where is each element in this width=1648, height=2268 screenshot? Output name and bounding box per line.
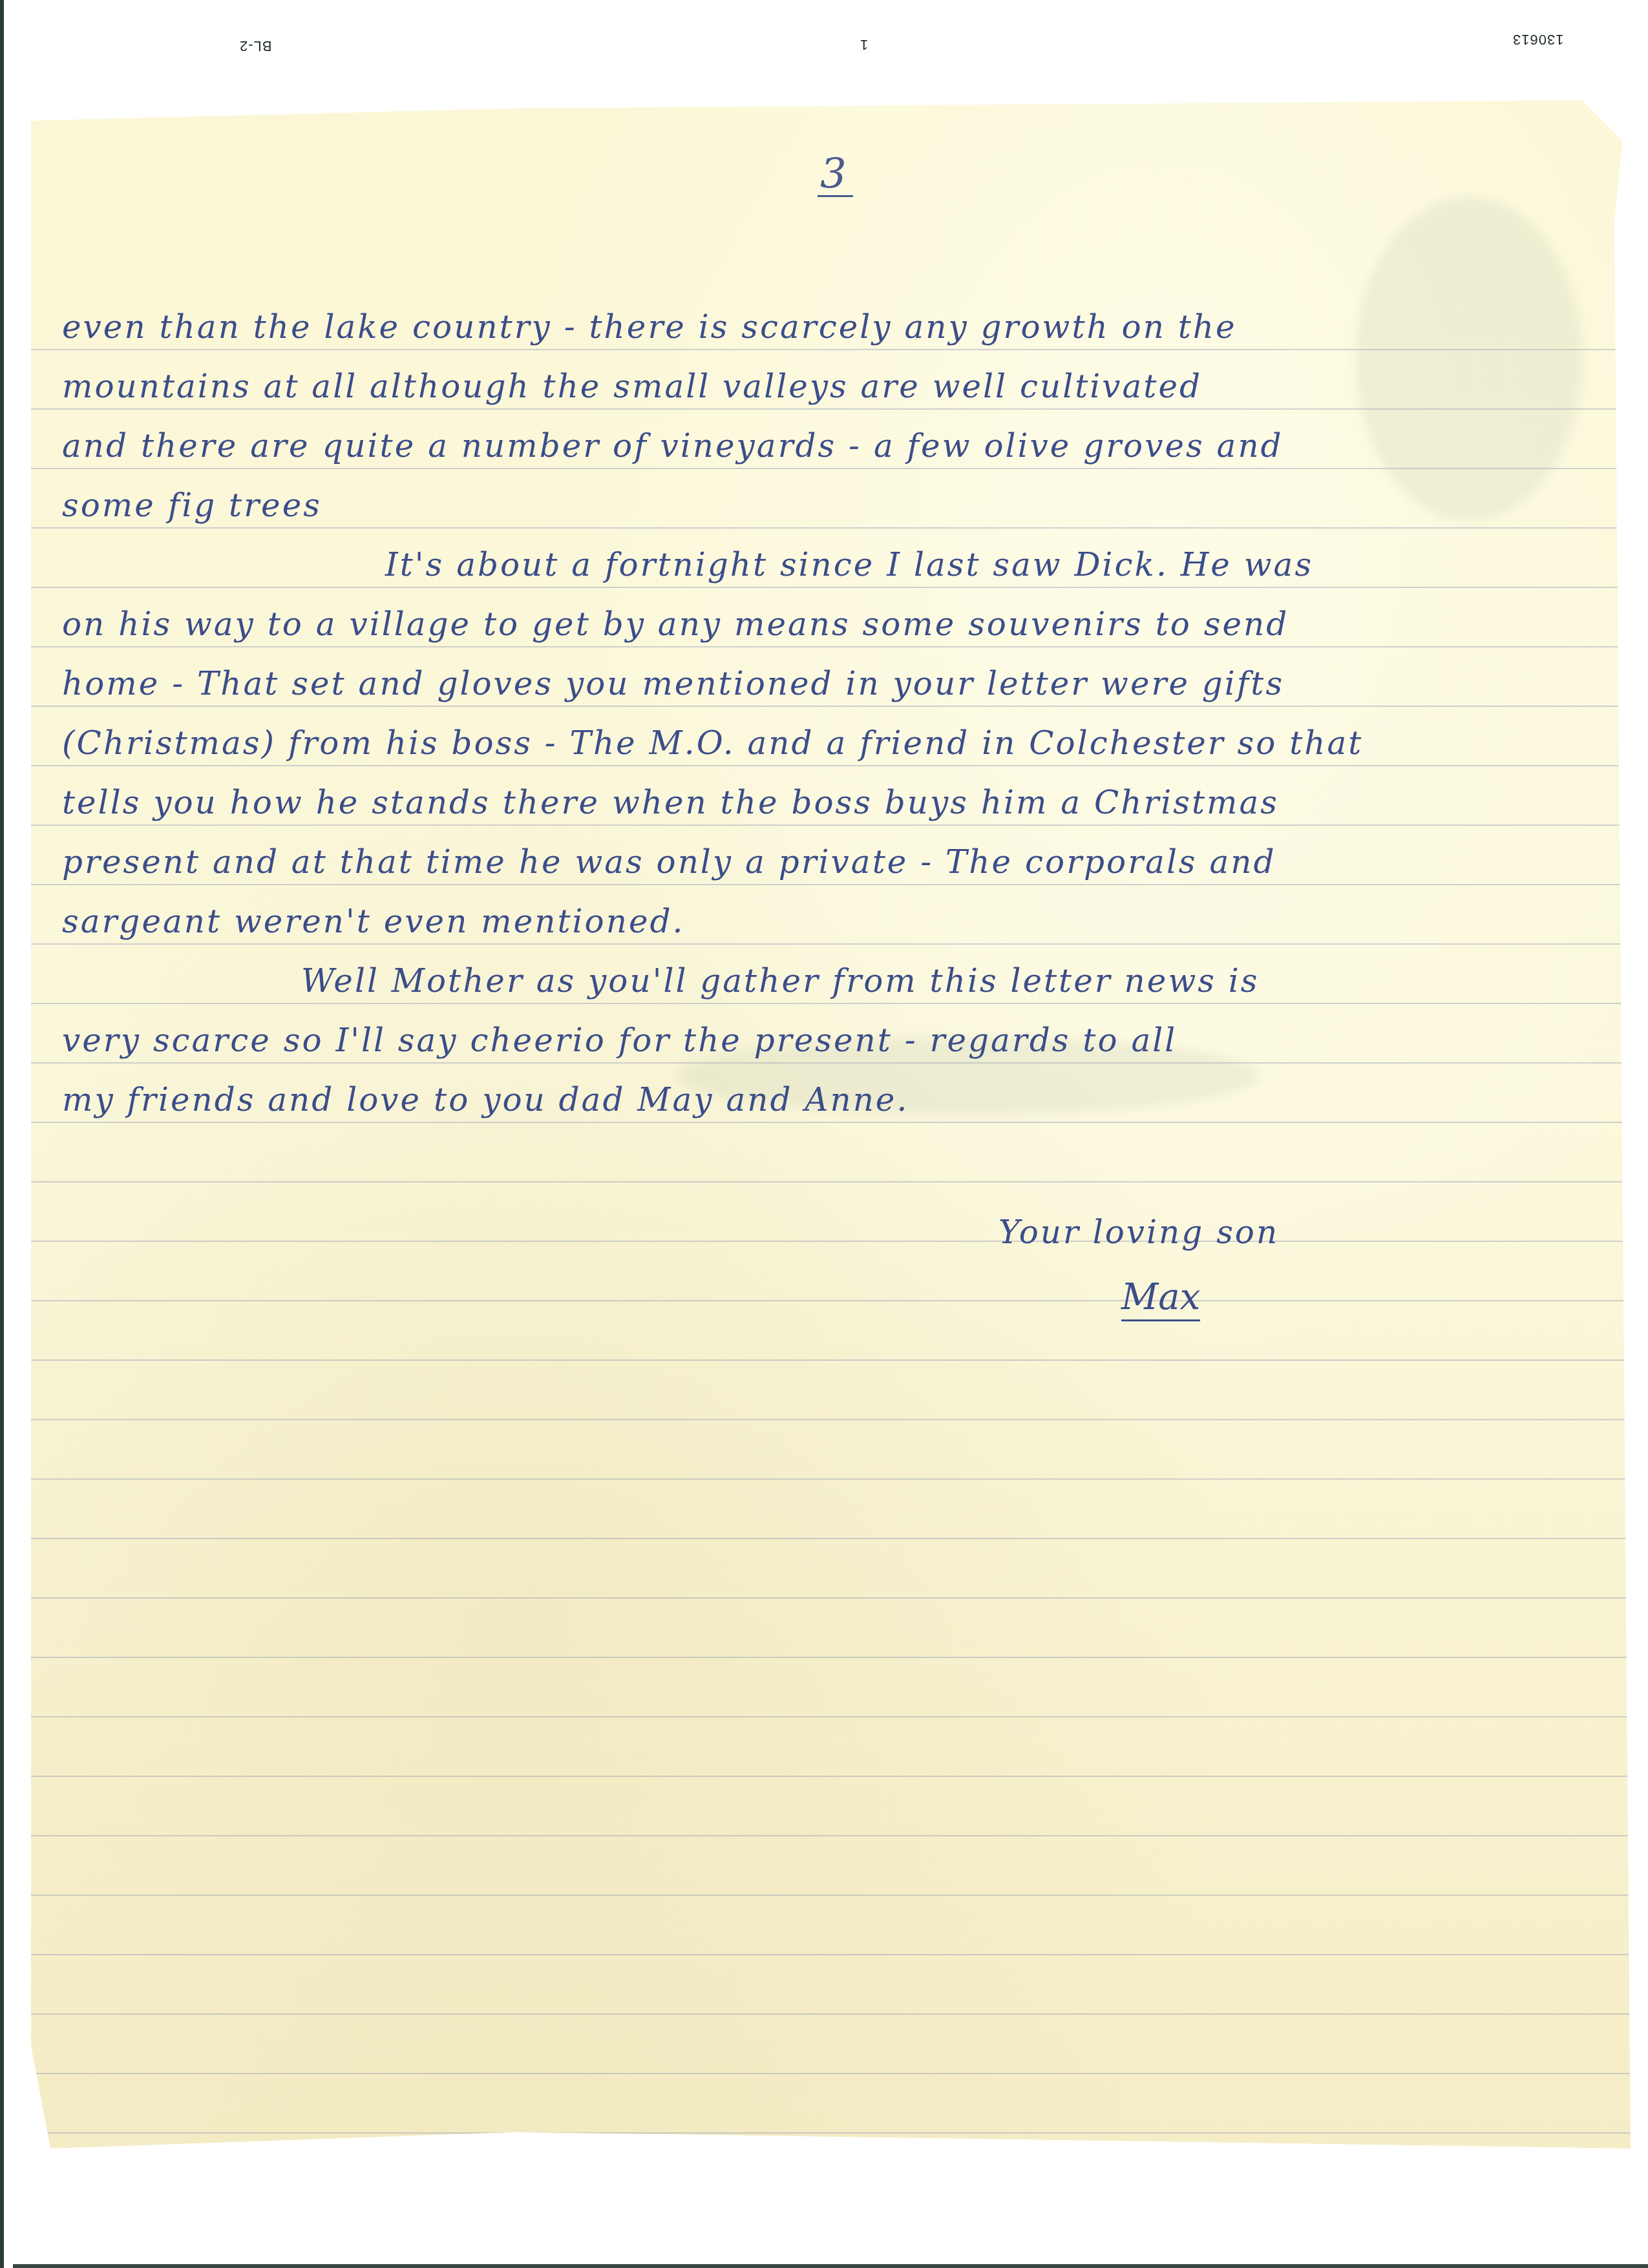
scanner-left-edge (0, 0, 4, 2268)
letter-body: even than the lake country - there is sc… (62, 297, 1613, 1129)
ruled-line (31, 2013, 1647, 2015)
ruled-line (31, 1241, 1647, 1242)
ruled-line (31, 1478, 1647, 1480)
ruled-line (31, 2132, 1647, 2134)
ruled-line (31, 1597, 1647, 1599)
letter-line: my friends and love to you dad May and A… (62, 1070, 1613, 1129)
letter-line: tells you how he stands there when the b… (62, 773, 1613, 832)
ruled-line (31, 1835, 1647, 1836)
ruled-line (31, 2073, 1647, 2074)
ruled-line (31, 1181, 1647, 1182)
letter-closing: Your loving son (998, 1213, 1279, 1251)
ruled-line (31, 1419, 1647, 1420)
letter-line: very scarce so I'll say cheerio for the … (62, 1011, 1613, 1070)
scan-page-index: 1 (860, 36, 868, 53)
ruled-line (31, 1716, 1647, 1717)
letter-line: mountains at all although the small vall… (62, 357, 1613, 416)
letter-line: (Christmas) from his boss - The M.O. and… (62, 713, 1613, 773)
letter-line: sargeant weren't even mentioned. (62, 892, 1613, 951)
page-number: 3 (818, 154, 853, 197)
scan-document-id: 130613 (1512, 31, 1563, 48)
letter-line: on his way to a village to get by any me… (62, 594, 1613, 654)
ruled-line (31, 2192, 1647, 2193)
ruled-line (31, 1360, 1647, 1361)
ruled-line (31, 1300, 1647, 1301)
letter-line: and there are quite a number of vineyard… (62, 416, 1613, 476)
ruled-line (31, 1954, 1647, 1955)
letter-signature: Max (1121, 1276, 1200, 1321)
ruled-line (31, 1776, 1647, 1777)
ruled-line (31, 1657, 1647, 1658)
letter-line: Well Mother as you'll gather from this l… (62, 951, 1613, 1011)
letter-line: It's about a fortnight since I last saw … (62, 535, 1613, 594)
ruled-line (31, 1895, 1647, 1896)
letter-line: some fig trees (62, 476, 1613, 535)
letter-line: home - That set and gloves you mentioned… (62, 654, 1613, 713)
letter-line: even than the lake country - there is sc… (62, 297, 1613, 357)
letter-line: present and at that time he was only a p… (62, 832, 1613, 892)
scan-sheet-id: BL-2 (239, 37, 271, 54)
scanner-bottom-edge (13, 2264, 1648, 2268)
ruled-line (31, 1538, 1647, 1539)
